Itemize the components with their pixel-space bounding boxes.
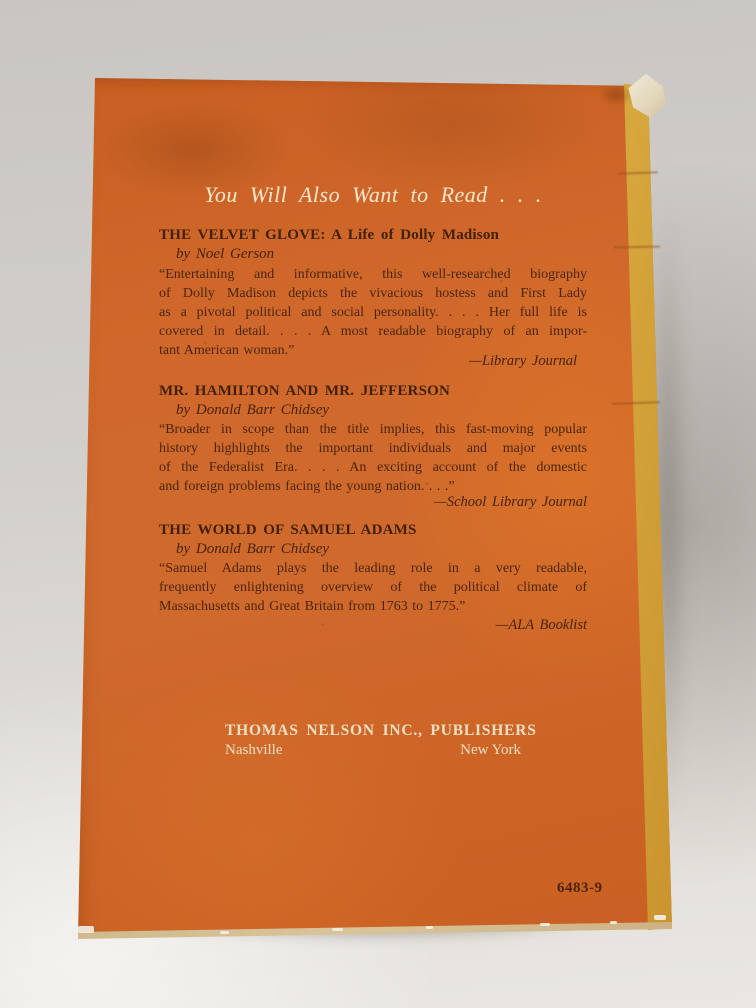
book-byline: by Noel Gerson — [159, 246, 587, 263]
review-quote-line: “Entertaining and informative, this well… — [159, 265, 587, 284]
scuff-mark — [610, 921, 617, 924]
review-quote: “Samuel Adams plays the leading role in … — [159, 559, 587, 616]
publisher-city-new-york: New York — [460, 742, 521, 759]
jacket-crease — [614, 246, 660, 249]
publisher-name: THOMAS NELSON INC., PUBLISHERS — [225, 722, 521, 740]
catalog-number: 6483-9 — [557, 880, 603, 897]
photo-background: You Will Also Want to Read . . . THE VEL… — [0, 0, 756, 1008]
also-read-header: You Will Also Want to Read . . . — [159, 182, 587, 208]
book-back-cover: You Will Also Want to Read . . . THE VEL… — [70, 70, 686, 950]
book-title-velvet-glove: THE VELVET GLOVE: A Life of Dolly Madiso… — [159, 227, 587, 244]
review-attribution: —School Library Journal — [159, 494, 587, 511]
review-attribution: —Library Journal — [159, 353, 587, 370]
review-attribution: —ALA Booklist — [159, 617, 587, 634]
publisher-cities: Nashville New York — [225, 742, 521, 759]
publisher-city-nashville: Nashville — [225, 742, 283, 759]
scuff-mark — [654, 915, 666, 920]
book-title-hamilton-jefferson: MR. HAMILTON AND MR. JEFFERSON — [159, 383, 587, 400]
review-quote: “Entertaining and informative, this well… — [159, 265, 587, 360]
book-byline: by Donald Barr Chidsey — [159, 402, 587, 419]
review-quote-line: of the Federalist Era. . . . An exciting… — [159, 458, 587, 477]
book-byline: by Donald Barr Chidsey — [159, 541, 587, 558]
review-quote-line: “Samuel Adams plays the leading role in … — [159, 559, 587, 578]
book-title-samuel-adams: THE WORLD OF SAMUEL ADAMS — [159, 522, 587, 539]
publisher-block: THOMAS NELSON INC., PUBLISHERS Nashville… — [225, 722, 521, 759]
review-quote-line: as a pivotal political and social person… — [159, 303, 587, 322]
scuff-mark — [78, 926, 94, 933]
review-quote-line: of Dolly Madison depicts the vivacious h… — [159, 284, 587, 303]
review-quote-line: frequently enlightening overview of the … — [159, 578, 587, 597]
review-quote-line: covered in detail. . . . A most readable… — [159, 322, 587, 341]
review-quote-line: history highlights the important individ… — [159, 439, 587, 458]
cover-text-column: You Will Also Want to Read . . . THE VEL… — [159, 70, 587, 950]
review-quote-line: Massachusetts and Great Britain from 176… — [159, 597, 587, 616]
review-quote: “Broader in scope than the title implies… — [159, 420, 587, 496]
review-quote-line: “Broader in scope than the title implies… — [159, 420, 587, 439]
